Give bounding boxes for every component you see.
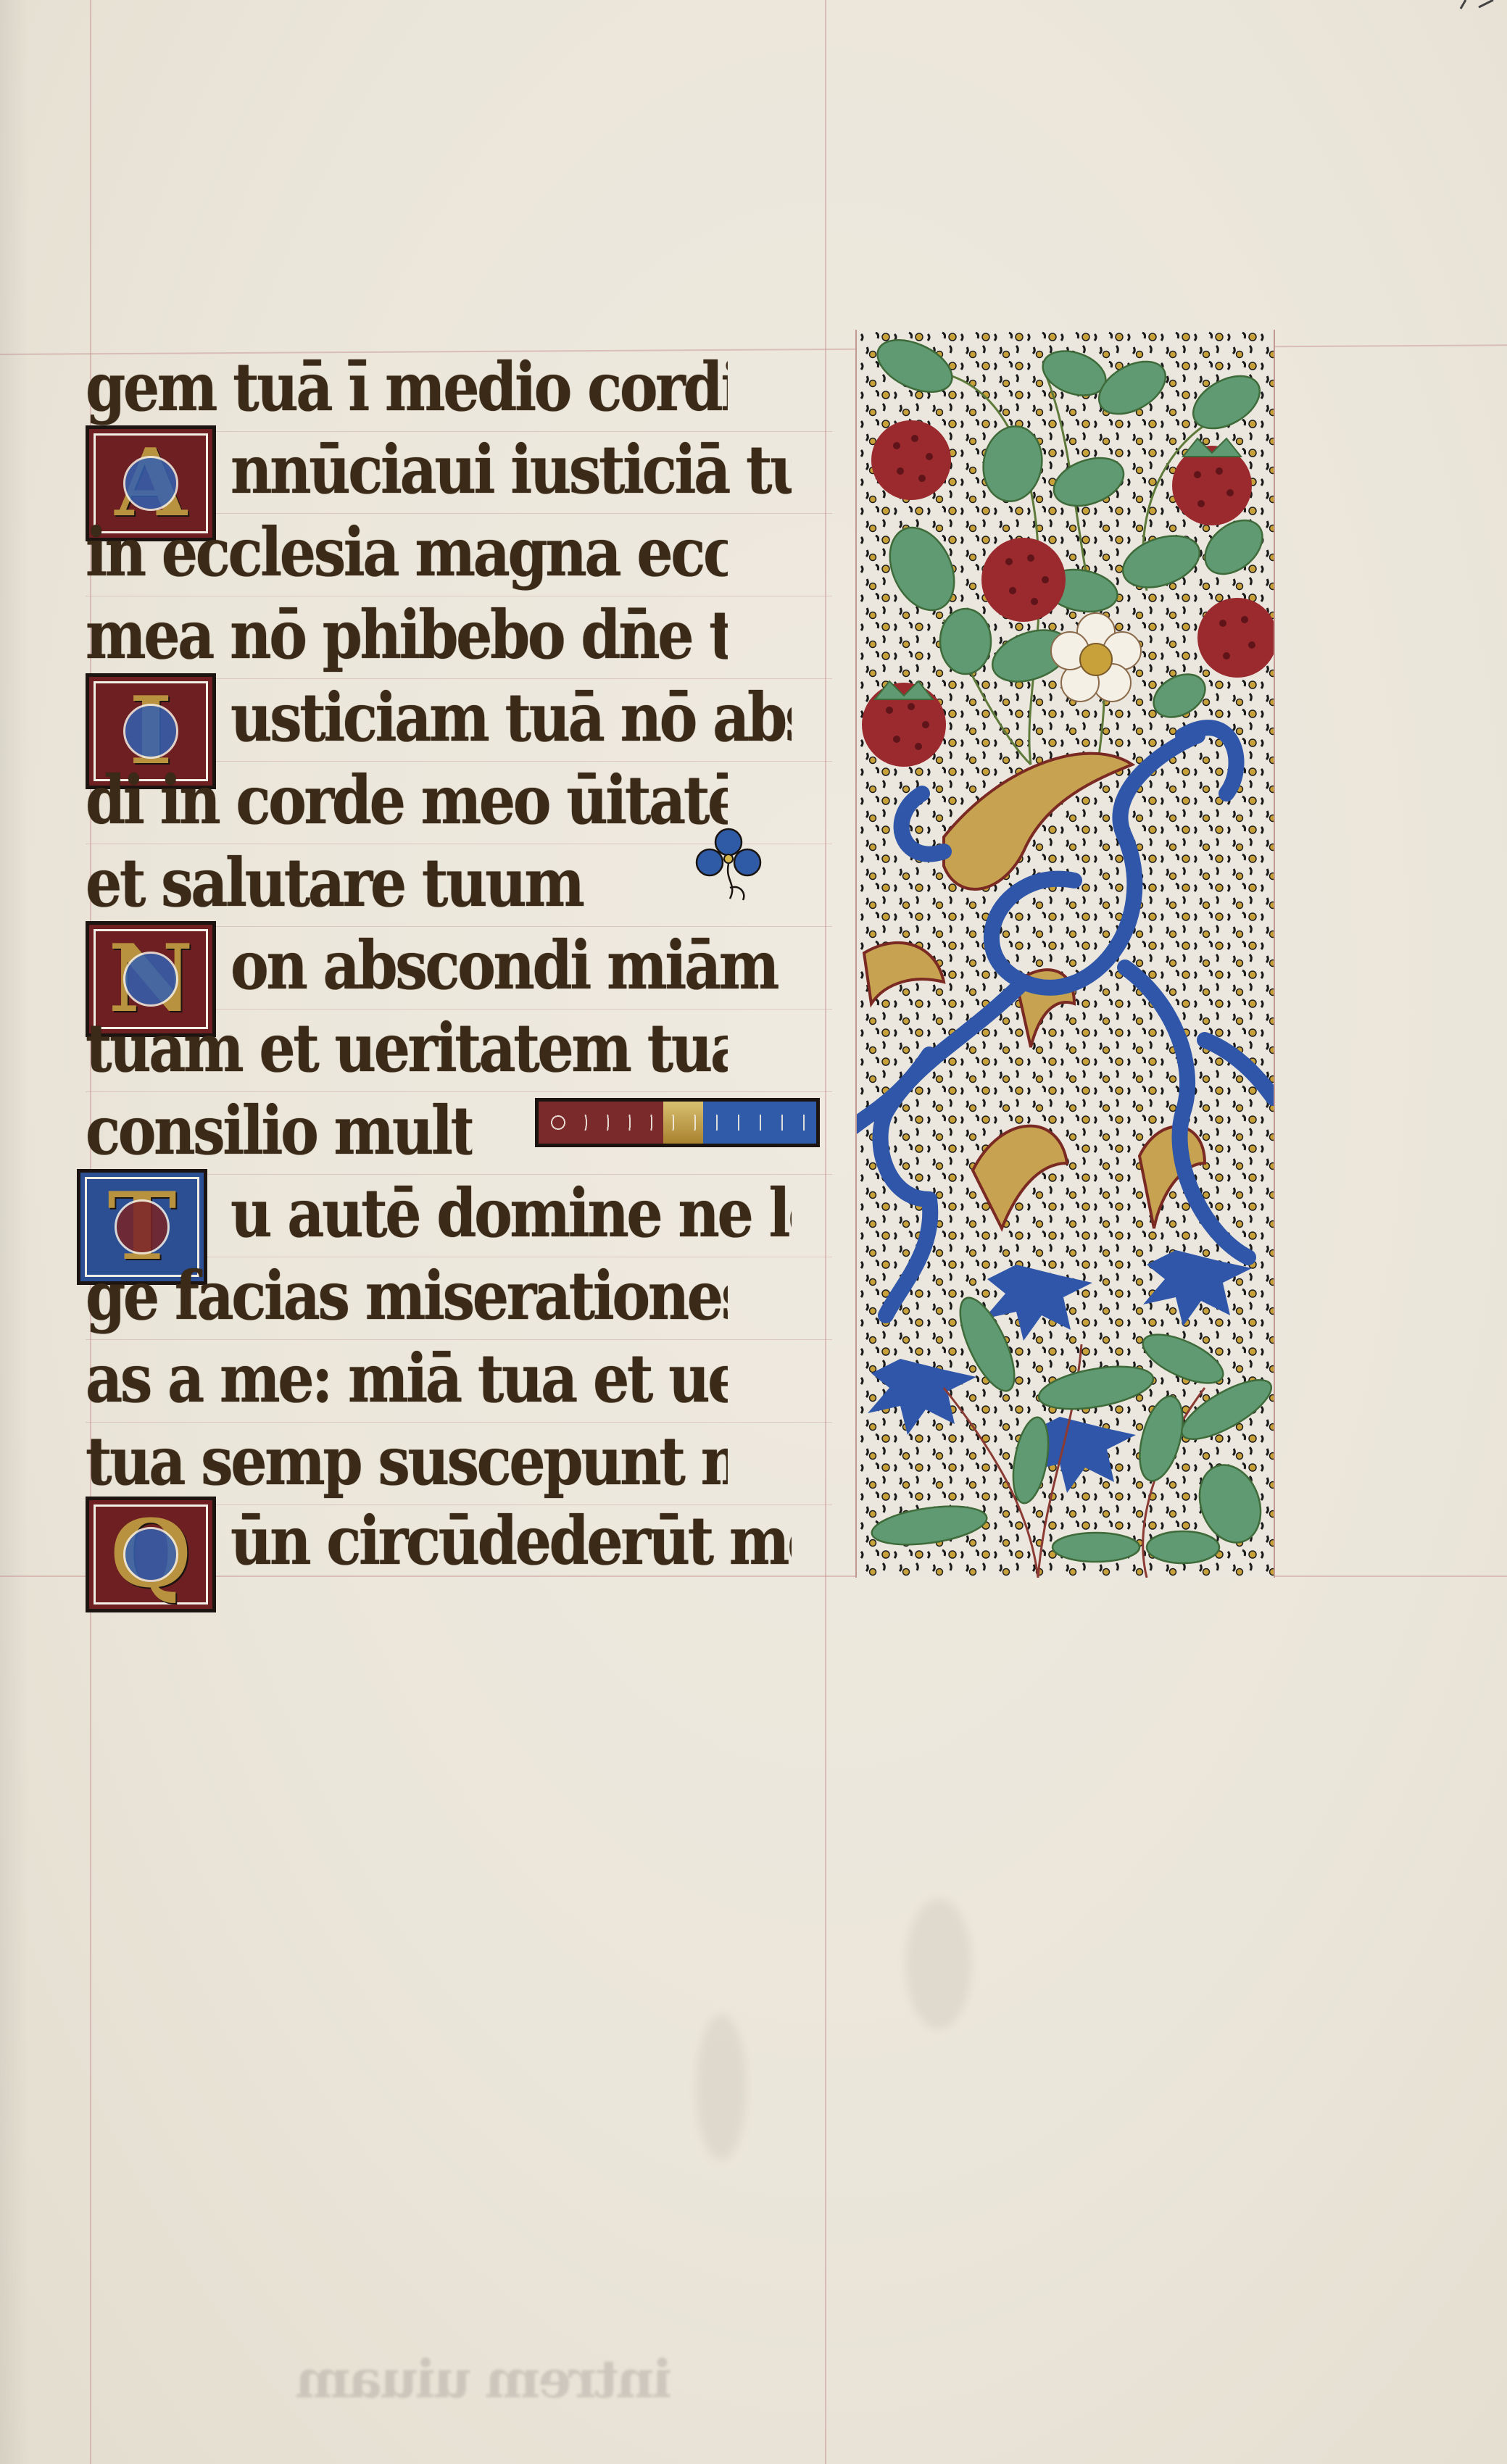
initial-Q: Q (86, 1497, 216, 1612)
text-line-1: gem tuā ī medio cordis mei. (86, 344, 728, 430)
line-filler-ornament (535, 1098, 820, 1147)
border-decoration (855, 330, 1275, 1578)
text-line-8: on abscondi miām (231, 922, 792, 1009)
text-line-14: tua semp suscepunt me . (86, 1418, 728, 1504)
text-line-11: u autē domine ne lon (231, 1170, 792, 1257)
stain (696, 2015, 747, 2160)
initial-infill (123, 952, 178, 1007)
border-artwork (857, 330, 1274, 1578)
text-line-5: usticiam tuā nō absco (231, 674, 792, 761)
text-line-12: ge facias miserationes tu (86, 1252, 728, 1339)
text-line-13: as a me: miā tua et ueritas (86, 1335, 728, 1422)
gutter-shadow (0, 0, 29, 2464)
text-line-2: nnūciaui iusticiā tuā (231, 426, 792, 513)
text-line-7: et salutare tuum dixi. (86, 839, 584, 926)
text-line-10: consilio multo. (86, 1087, 472, 1174)
line-filler-pattern (547, 1115, 808, 1131)
text-line-3: in ecclesia magna ecce labia (86, 509, 728, 596)
text-line-9: tuam et ueritatem tuam a (86, 1004, 728, 1091)
show-through-text: intrem uiuam (297, 2348, 672, 2410)
text-block: gem tuā ī medio cordis mei. A nnūciaui i… (86, 335, 839, 1578)
text-line-4: mea nō phibebo dn̄e tu sasti. (86, 591, 728, 678)
initial-infill (123, 1527, 178, 1582)
stain (906, 1899, 971, 2029)
initial-infill (123, 456, 178, 511)
corner-pencil-mark (1457, 0, 1500, 10)
text-line-15: ūn circūdederūt me (231, 1497, 792, 1584)
initial-infill (123, 704, 178, 759)
trefoil-flower-icon (692, 826, 765, 906)
text-line-6: di in corde meo ūitatē tuā (86, 757, 728, 844)
initial-infill (115, 1199, 170, 1254)
